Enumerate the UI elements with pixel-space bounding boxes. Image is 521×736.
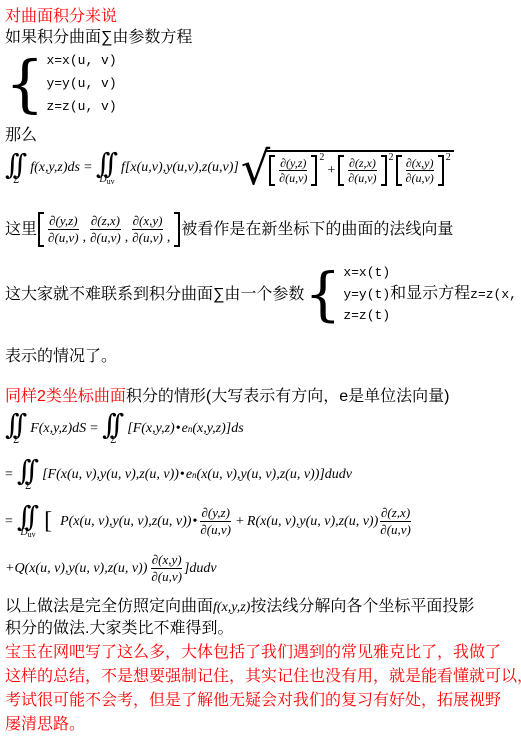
footer-line: 这样的总结，不是想要强制记住，其实记住也没有用，就是能看懂就可以， — [5, 665, 521, 689]
conclusion-line2: 积分的做法.大家类比不难得到。 — [5, 618, 233, 639]
explicit-equation: z=z(x, y) — [470, 287, 521, 302]
system-row: y=y(u, v) — [46, 72, 116, 95]
formula-Q-term: +Q(x(u, v),y(u, v),z(u, v)) ∂(x,y)∂(u,v)… — [5, 552, 217, 585]
dot-product: • — [176, 421, 181, 437]
jacobian-fraction: ∂(x,y)∂(u,v) — [151, 552, 182, 585]
parameter-t-remark: 这大家就不难联系到积分曲面∑由一个参数 { x=x(t) y=y(t)和显示方程… — [5, 262, 521, 326]
equals-sign: = — [5, 467, 13, 483]
open-bracket: [ — [44, 508, 52, 535]
left-brace: { — [304, 262, 341, 326]
Q-term: +Q(x(u, v),y(u, v),z(u, v)) — [5, 561, 147, 577]
plus-sign: + — [327, 163, 335, 179]
section2-title: 同样2类坐标曲面积分的情形(大写表示有方向，e是单位法向量) — [5, 386, 449, 407]
jacobian-fraction: ∂(x,y)∂(u,v) — [132, 213, 163, 246]
R-term: R(x(u, v),y(u, v),z(u, v)) — [247, 514, 378, 530]
remark-pre: 这里 — [5, 219, 37, 240]
remark-text: 这大家就不难联系到积分曲面∑由一个参数 — [5, 284, 304, 305]
bracket-group: ∂(y,z)∂(u,v) — [269, 155, 317, 186]
domain-label: D — [20, 527, 27, 538]
conclusion-line1: 以上做法是完全仿照定向曲面f(x,y,z)按法线分解向各个坐标平面投影 — [5, 596, 474, 618]
intro-line: 如果积分曲面∑由参数方程 — [5, 27, 192, 48]
section2-title-black: 积分的情形(大写表示有方向，e是单位法向量) — [126, 388, 450, 405]
jacobian-fraction: ∂(z,x)∂(u,v) — [348, 156, 376, 185]
jacobian-fraction: ∂(y,z)∂(u,v) — [200, 505, 231, 538]
double-integral: ∫∫ Σ — [17, 458, 39, 491]
system-rows: x=x(t) y=y(t)和显示方程z=z(x, y) z=z(t) — [343, 262, 521, 326]
equation-system-uv: { x=x(u, v) y=y(u, v) z=z(u, v) — [5, 49, 117, 118]
system-row: y=y(t)和显示方程z=z(x, y) — [343, 283, 521, 305]
comma: , — [125, 230, 129, 246]
system-row: x=x(t) — [343, 262, 521, 283]
comma: , — [167, 230, 171, 246]
plus-sign: + — [236, 514, 244, 530]
lhs-integrand: f(x,y,z)ds — [30, 160, 80, 176]
formula-second-type-definition: ∫∫ Σ F(x,y,z)dS = ∫∫ Σ [F(x,y,z)•en(x,y,… — [5, 412, 244, 445]
conclusion-text: 以上做法是完全仿照定向曲面 — [5, 598, 213, 615]
then-line: 那么 — [5, 125, 37, 146]
double-integral: ∫∫ Σ — [5, 152, 27, 185]
dot-product: • — [192, 514, 197, 530]
integral-subscript: Σ — [25, 482, 31, 491]
equals-sign: = — [84, 160, 92, 176]
jacobian-fraction: ∂(y,z)∂(u,v) — [279, 156, 307, 185]
document-page: 对曲面积分来说 如果积分曲面∑由参数方程 { x=x(u, v) y=y(u, … — [0, 0, 521, 736]
jacobian-fraction: ∂(y,z)∂(u,v) — [48, 213, 79, 246]
double-integral: ∫∫ Duv — [17, 504, 39, 539]
double-integral: ∫∫ Σ — [102, 412, 124, 445]
integral-subscript: Σ — [110, 436, 116, 445]
dot-product: • — [180, 467, 185, 483]
integrand-part: [F(x(u, v),y(u, v),z(u, v)) — [42, 467, 179, 483]
domain-subscript: uv — [28, 530, 36, 539]
right-bracket — [311, 155, 317, 186]
right-bracket — [381, 155, 387, 186]
normal-vector-remark: 这里 ∂(y,z)∂(u,v) , ∂(z,x)∂(u,v) , ∂(x,y)∂… — [5, 212, 453, 247]
system-row: z=z(u, v) — [46, 95, 116, 118]
close-bracket-dudv: ]dudv — [184, 561, 217, 577]
bracket-group: ∂(y,z)∂(u,v) , ∂(z,x)∂(u,v) , ∂(x,y)∂(u,… — [38, 212, 180, 247]
formula-first-type-surface-integral: ∫∫ Σ f(x,y,z)ds = ∫∫ Duv f[x(u,v),y(u,v)… — [5, 146, 454, 190]
formula-parameterized-step: = ∫∫ Σ [F(x(u, v),y(u, v),z(u, v))•en(x(… — [5, 458, 352, 491]
rhs-part: (x,y,z)]ds — [192, 421, 243, 437]
comma: , — [83, 230, 87, 246]
footer-line: 考试很可能不会考，但是了解他无疑会对我们的复习有好处，拓展视野 — [5, 689, 521, 713]
right-bracket — [438, 155, 444, 186]
jacobian-fraction: ∂(z,x)∂(u,v) — [90, 213, 121, 246]
radicand: ∂(y,z)∂(u,v) 2 + ∂(z,x)∂(u,v) 2 ∂(x,y)∂(… — [266, 150, 454, 186]
equals-sign: = — [5, 514, 13, 530]
integral-subscript: Σ — [13, 176, 19, 185]
closing-remark-line: 表示的情况了。 — [5, 346, 117, 367]
footer-note: 宝玉在网吧写了这么多，大体包括了我们遇到的常见雅克比了，我做了 这样的总结，不是… — [5, 641, 521, 736]
lhs: F(x,y,z)dS — [30, 421, 86, 437]
substituted-integrand: f[x(u,v),y(u,v),z(u,v)] — [121, 160, 239, 176]
rhs-part: [F(x,y,z) — [127, 421, 174, 437]
footer-line: 屡清思路。 — [5, 713, 521, 736]
right-bracket — [174, 212, 180, 247]
formula-projection-expansion: = ∫∫ Duv [ P(x(u, v),y(u, v),z(u, v))• ∂… — [5, 504, 413, 539]
domain-label: D — [99, 174, 106, 185]
section2-title-red: 同样2类坐标曲面 — [5, 388, 126, 405]
system-row: x=x(u, v) — [46, 49, 116, 72]
bracket-group: ∂(z,x)∂(u,v) — [338, 155, 386, 186]
equals-sign: = — [90, 421, 98, 437]
left-brace: { — [5, 49, 44, 118]
jacobian-fraction: ∂(x,y)∂(u,v) — [406, 156, 434, 185]
bracket-group: ∂(x,y)∂(u,v) — [396, 155, 444, 186]
explicit-equation-note: 和显示方程 — [390, 285, 470, 302]
double-integral: ∫∫ Duv — [96, 151, 118, 186]
footer-line: 宝玉在网吧写了这么多，大体包括了我们遇到的常见雅克比了，我做了 — [5, 641, 521, 665]
fxyz-inline: f(x,y,z) — [213, 600, 250, 615]
exponent: 2 — [446, 152, 451, 163]
conclusion-text: 按法线分解向各个坐标平面投影 — [250, 598, 474, 615]
exponent: 2 — [389, 152, 394, 163]
system-row: z=z(t) — [343, 305, 521, 326]
integral-subscript: Σ — [13, 436, 19, 445]
double-integral: ∫∫ Σ — [5, 412, 27, 445]
exponent: 2 — [319, 152, 324, 163]
section1-title: 对曲面积分来说 — [5, 6, 117, 27]
system-rows: x=x(u, v) y=y(u, v) z=z(u, v) — [46, 49, 116, 118]
remark-post: 被看作是在新坐标下的曲面的法线向量 — [181, 219, 453, 240]
domain-subscript: uv — [107, 177, 115, 186]
jacobian-fraction: ∂(z,x)∂(u,v) — [380, 505, 411, 538]
P-term: P(x(u, v),y(u, v),z(u, v)) — [60, 514, 191, 530]
square-root: √ ∂(y,z)∂(u,v) 2 + ∂(z,x)∂(u,v) 2 ∂(x,y)… — [241, 146, 454, 190]
integrand-part: (x(u, v),y(u, v),z(u, v))]dudv — [197, 467, 352, 483]
